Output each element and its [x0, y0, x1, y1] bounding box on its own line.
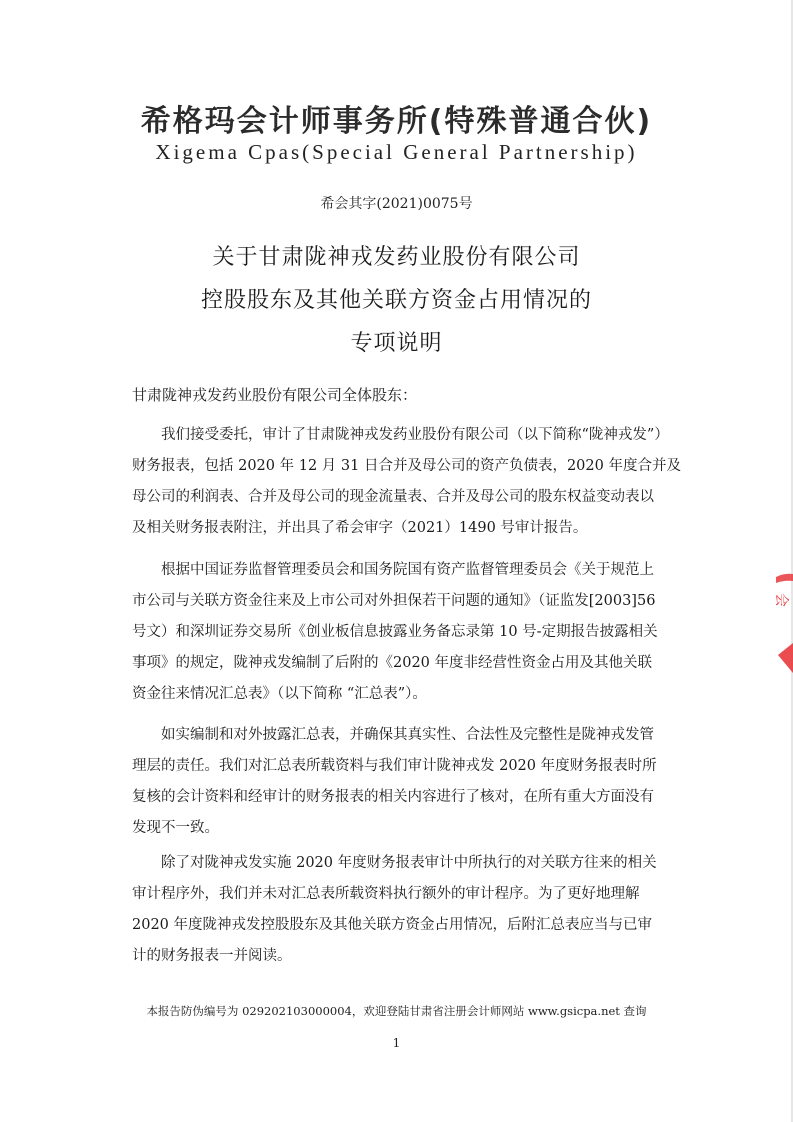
paragraph-line: 及相关财务报表附注，并出具了希会审字（2021）1490 号审计报告。: [132, 513, 658, 544]
paragraph-regulation-basis: 根据中国证券监督管理委员会和国务院国有资产监督管理委员会《关于规范上 市公司与关…: [132, 555, 658, 710]
document-title-line-2: 控股股东及其他关联方资金占用情况的: [0, 283, 793, 314]
paragraph-line: 理层的责任。我们对汇总表所载资料与我们审计陇神戎发 2020 年度财务报表时所: [132, 751, 658, 782]
paragraph-line: 市公司与关联方资金往来及上市公司对外担保若干问题的通知》（证监发[2003]56: [132, 586, 658, 617]
paragraph-line: 计的财务报表一并阅读。: [132, 941, 658, 972]
paragraph-line: 号文）和深圳证券交易所《创业板信息披露业务备忘录第 10 号-定期报告披露相关: [132, 617, 658, 648]
paragraph-line: 2020 年度陇神戎发控股股东及其他关联方资金占用情况，后附汇总表应当与已审: [132, 910, 658, 941]
paragraph-line: 根据中国证券监督管理委员会和国务院国有资产监督管理委员会《关于规范上: [132, 555, 658, 586]
paragraph-line: 事项》的规定，陇神戎发编制了后附的《2020 年度非经营性资金占用及其他关联: [132, 648, 658, 679]
paragraph-line: 我们接受委托，审计了甘肃陇神戎发药业股份有限公司（以下简称“陇神戎发”）: [132, 420, 658, 451]
page-number: 1: [0, 1036, 793, 1050]
paragraph-line: 财务报表，包括 2020 年 12 月 31 日合并及母公司的资产负债表，202…: [132, 451, 658, 482]
document-title-line-1: 关于甘肃陇神戎发药业股份有限公司: [0, 240, 793, 271]
paragraph-line: 发现不一致。: [132, 813, 658, 844]
document-page: 希格玛会计师事务所(特殊普通合伙) Xigema Cpas(Special Ge…: [0, 0, 793, 1122]
firm-name-chinese: 希格玛会计师事务所(特殊普通合伙): [0, 96, 793, 140]
svg-text:会: 会: [773, 593, 789, 607]
red-seal-stamp-icon: 会: [772, 545, 793, 705]
anti-counterfeit-note: 本报告防伪编号为 029202103000004，欢迎登陆甘肃省注册会计师网站 …: [0, 1003, 793, 1019]
paragraph-line: 母公司的利润表、合并及母公司的现金流量表、合并及母公司的股东权益变动表以: [132, 482, 658, 513]
paragraph-line: 审计程序外，我们并未对汇总表所载资料执行额外的审计程序。为了更好地理解: [132, 879, 658, 910]
paragraph-responsibility: 如实编制和对外披露汇总表，并确保其真实性、合法性及完整性是陇神戎发管 理层的责任…: [132, 720, 658, 844]
document-title-line-3: 专项说明: [0, 326, 793, 357]
paragraph-engagement: 我们接受委托，审计了甘肃陇神戎发药业股份有限公司（以下简称“陇神戎发”） 财务报…: [132, 420, 658, 544]
addressee: 甘肃陇神戎发药业股份有限公司全体股东：: [132, 384, 417, 405]
paragraph-line: 如实编制和对外披露汇总表，并确保其真实性、合法性及完整性是陇神戎发管: [132, 720, 658, 751]
paragraph-line: 除了对陇神戎发实施 2020 年度财务报表审计中所执行的对关联方往来的相关: [132, 848, 658, 879]
document-number: 希会其字(2021)0075号: [0, 193, 793, 213]
paragraph-line: 复核的会计资料和经审计的财务报表的相关内容进行了核对，在所有重大方面没有: [132, 782, 658, 813]
firm-name-english: Xigema Cpas(Special General Partnership): [0, 140, 793, 165]
paragraph-line: 资金往来情况汇总表》（以下简称 “汇总表”）。: [132, 679, 658, 710]
paragraph-scope: 除了对陇神戎发实施 2020 年度财务报表审计中所执行的对关联方往来的相关 审计…: [132, 848, 658, 972]
